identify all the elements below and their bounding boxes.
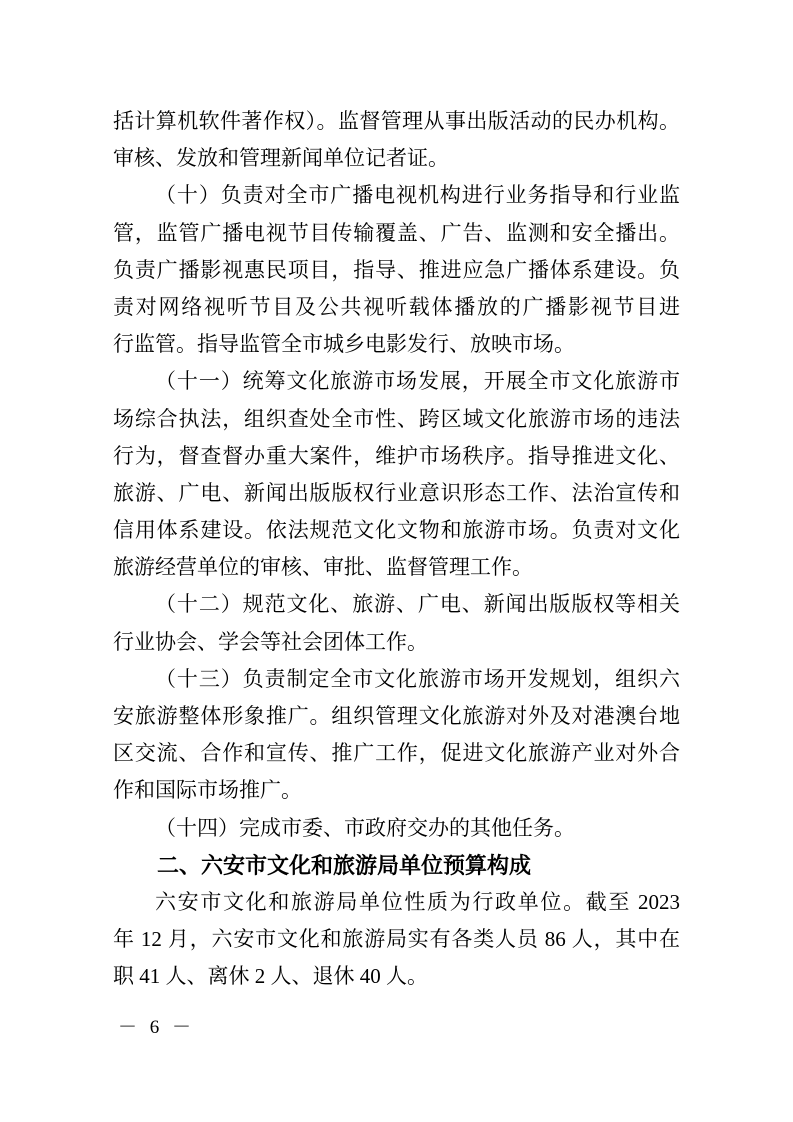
section-heading: 二、六安市文化和旅游局单位预算构成 bbox=[113, 847, 680, 884]
document-body: 括计算机软件著作权）。监督管理从事出版活动的民办机构。 审核、发放和管理新闻单位… bbox=[113, 103, 680, 996]
text-line: 作和国际市场推广。 bbox=[113, 772, 680, 809]
text-line: （十四）完成市委、市政府交办的其他任务。 bbox=[113, 810, 680, 847]
text-line: 旅游经营单位的审核、审批、监督管理工作。 bbox=[113, 549, 680, 586]
text-line: 六安市文化和旅游局单位性质为行政单位。截至 2023 bbox=[113, 884, 680, 921]
text-line: 行监管。指导监管全市城乡电影发行、放映市场。 bbox=[113, 326, 680, 363]
text-line: （十二）规范文化、旅游、广电、新闻出版版权等相关 bbox=[113, 586, 680, 623]
text-line: 场综合执法，组织查处全市性、跨区域文化旅游市场的违法 bbox=[113, 401, 680, 438]
text-line: 括计算机软件著作权）。监督管理从事出版活动的民办机构。 bbox=[113, 103, 680, 140]
text-line: 负责广播影视惠民项目，指导、推进应急广播体系建设。负 bbox=[113, 252, 680, 289]
text-line: 区交流、合作和宣传、推广工作，促进文化旅游产业对外合 bbox=[113, 735, 680, 772]
text-line: 审核、发放和管理新闻单位记者证。 bbox=[113, 140, 680, 177]
text-line: 年 12 月，六安市文化和旅游局实有各类人员 86 人，其中在 bbox=[113, 921, 680, 958]
text-line: 安旅游整体形象推广。组织管理文化旅游对外及对港澳台地 bbox=[113, 698, 680, 735]
text-line: （十三）负责制定全市文化旅游市场开发规划，组织六 bbox=[113, 661, 680, 698]
text-line: （十一）统筹文化旅游市场发展，开展全市文化旅游市 bbox=[113, 363, 680, 400]
text-line: 行业协会、学会等社会团体工作。 bbox=[113, 624, 680, 661]
text-line: （十）负责对全市广播电视机构进行业务指导和行业监 bbox=[113, 177, 680, 214]
page-number: － 6 － bbox=[118, 1013, 195, 1043]
text-line: 管，监管广播电视节目传输覆盖、广告、监测和安全播出。 bbox=[113, 215, 680, 252]
text-line: 行为，督查督办重大案件，维护市场秩序。指导推进文化、 bbox=[113, 438, 680, 475]
document-page: 括计算机软件著作权）。监督管理从事出版活动的民办机构。 审核、发放和管理新闻单位… bbox=[0, 0, 793, 1122]
text-line: 旅游、广电、新闻出版版权行业意识形态工作、法治宣传和 bbox=[113, 475, 680, 512]
text-line: 责对网络视听节目及公共视听载体播放的广播影视节目进 bbox=[113, 289, 680, 326]
text-line: 职 41 人、离休 2 人、退休 40 人。 bbox=[113, 958, 680, 995]
text-line: 信用体系建设。依法规范文化文物和旅游市场。负责对文化 bbox=[113, 512, 680, 549]
